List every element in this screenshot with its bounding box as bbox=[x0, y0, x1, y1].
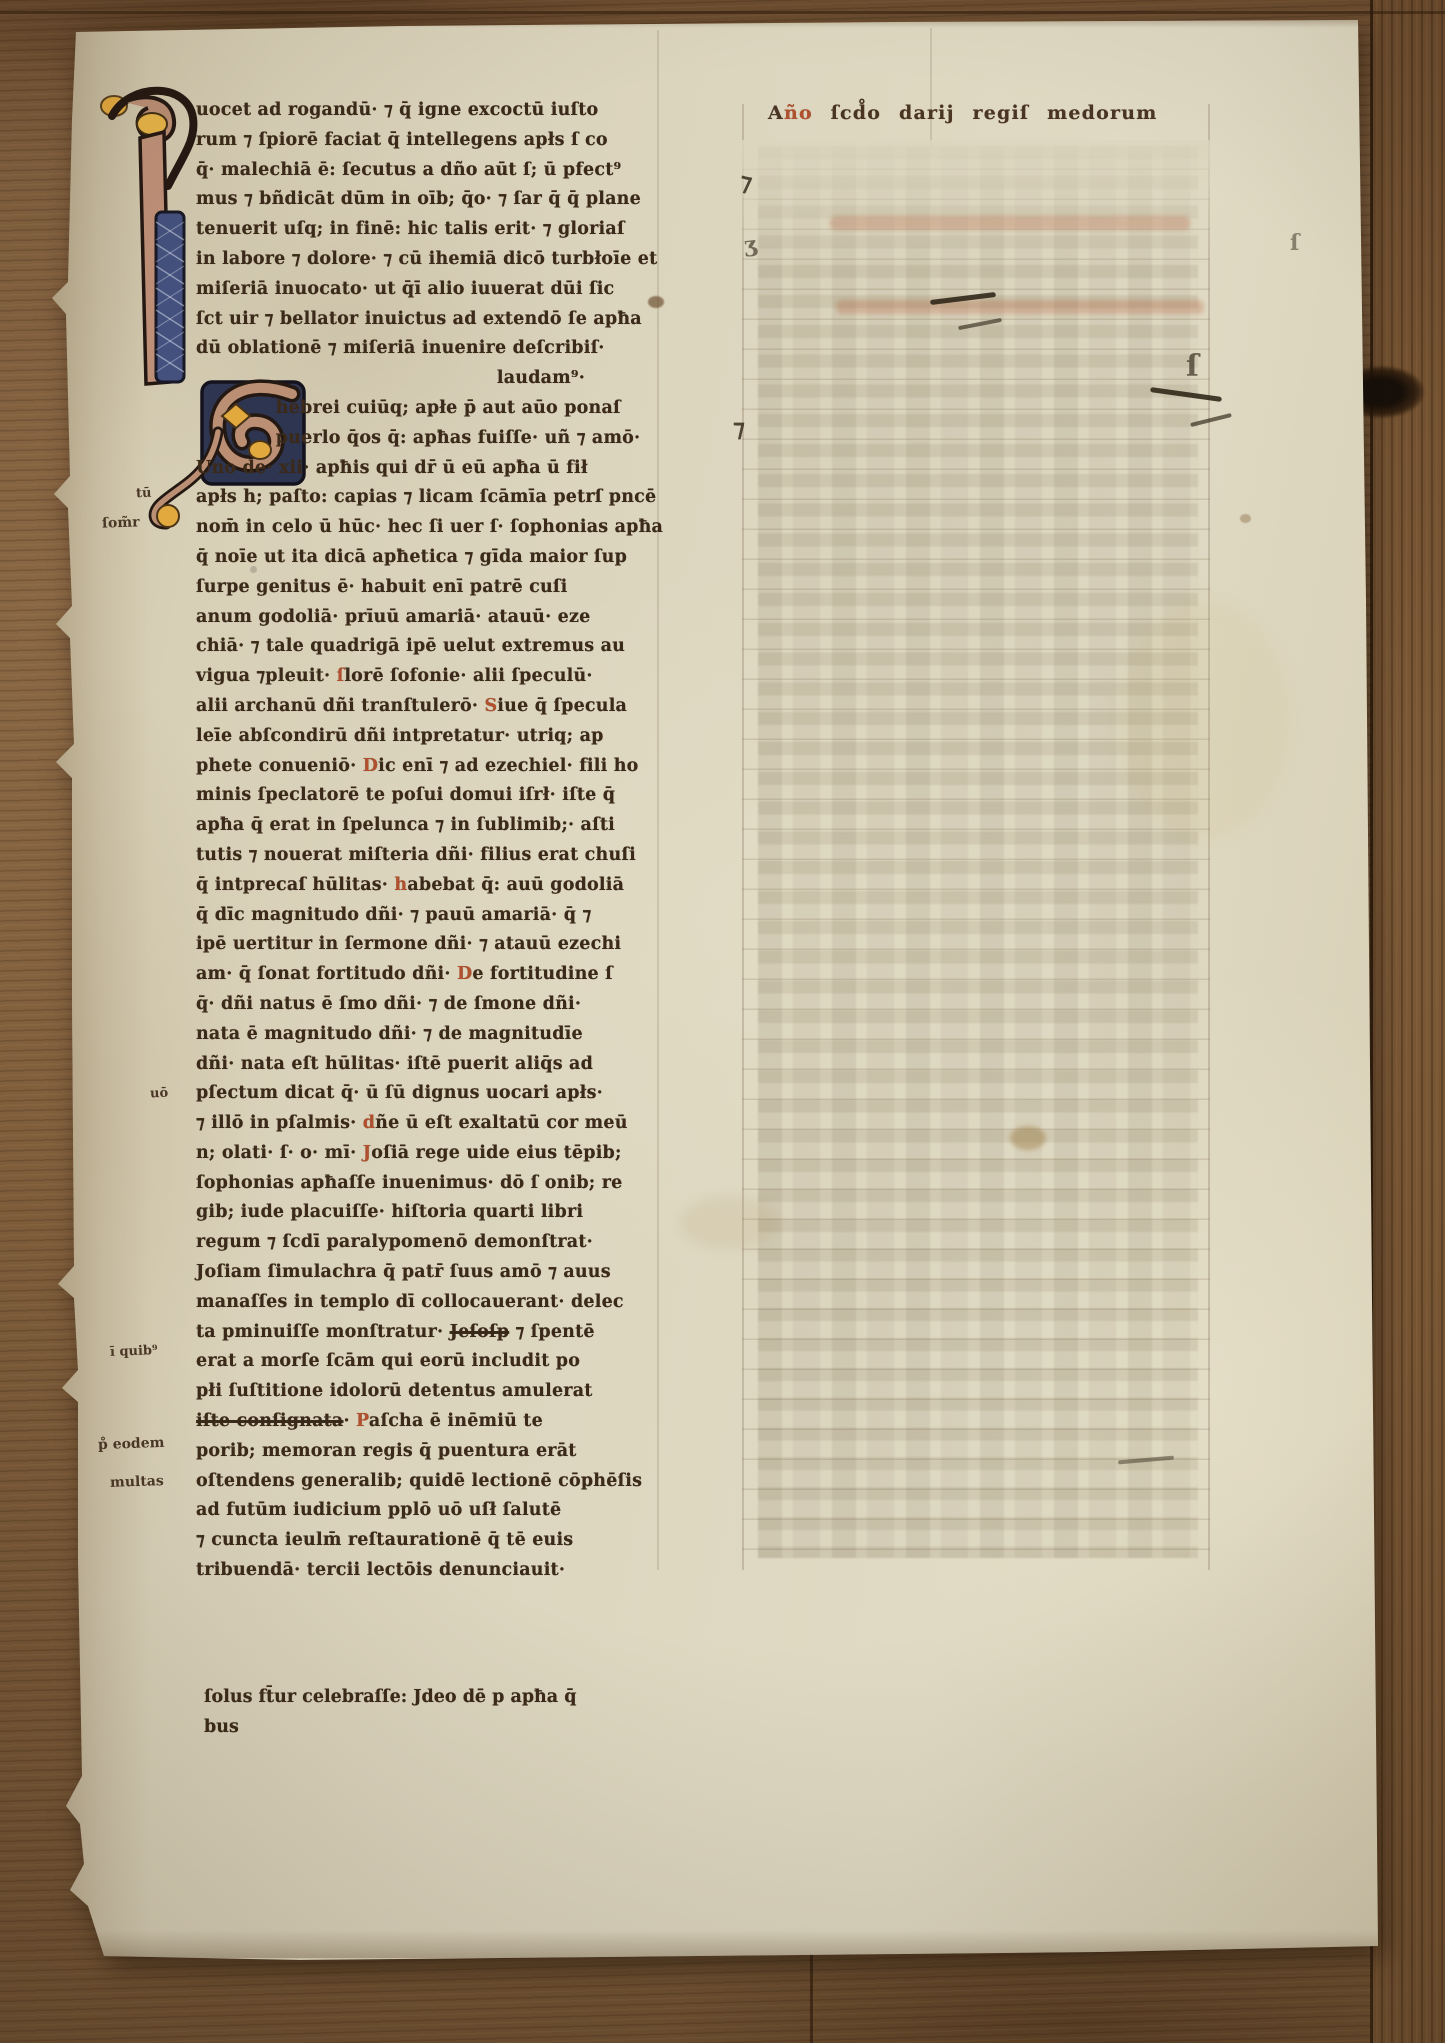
leaf-edge-shading bbox=[80, 1930, 1380, 1958]
text-line: q̄ intprecaſ hūlitas· habebat q̄: auū go… bbox=[196, 871, 736, 901]
text-line: pſectum dicat q̄· ū ſū dignus uocari apł… bbox=[196, 1079, 736, 1109]
stain bbox=[1120, 600, 1290, 840]
text-line: miſeriā inuocato· ut q̄ī alio iuuerat dū… bbox=[196, 275, 736, 305]
text-line: ipē uertitur in ſermone dñi· ⁊ atauū eze… bbox=[196, 930, 736, 960]
text-line: rum ⁊ ſpiorē faciat q̄ intellegens apłs … bbox=[196, 126, 736, 156]
margin-note: p̊ eodem bbox=[98, 1435, 165, 1453]
margin-note: multas bbox=[110, 1473, 164, 1491]
leaf-edge-shading bbox=[70, 18, 1370, 28]
margin-note: ſom̃r bbox=[102, 514, 140, 531]
text-line: leīe abſcondirū dñi intpretatur· utriq; … bbox=[196, 722, 736, 752]
manuscript-photo: ⁊ ʒ ⁊ ſ ſ Año ſcd̊o darij regiſ medorum bbox=[0, 0, 1445, 2043]
text-line: apłs h; paſto: capias ⁊ licam ſcāmīa pet… bbox=[196, 483, 736, 513]
text-line: ſurpe genitus ē· habuit enī patrē cuſi bbox=[196, 573, 736, 603]
text-line: mus ⁊ bñdicāt dūm in oīb; q̄o· ⁊ ſar q̄ … bbox=[196, 185, 736, 215]
text-line: anum godoliā· prīuū amariā· atauū· eze bbox=[196, 603, 736, 633]
text-line: regum ⁊ ſcdī paralypomenō demonſtrat· bbox=[196, 1228, 736, 1258]
text-line: phete conueniō· Dic enī ⁊ ad ezechiel· f… bbox=[196, 752, 736, 782]
pen-trial-mark: ʒ bbox=[743, 233, 758, 256]
stain bbox=[1010, 1126, 1046, 1150]
text-line: hebrei cuiūq; apłe p̄ aut aūo ponaſ bbox=[196, 394, 736, 424]
margin-note: ī quib⁹ bbox=[110, 1343, 158, 1360]
text-line: vigua ⁊pleuit· ſlorē ſofonie· alii ſpecu… bbox=[196, 662, 736, 692]
margin-note: tū bbox=[136, 486, 152, 502]
text-line: chiā· ⁊ tale quadrigā ipē uelut extremus… bbox=[196, 632, 736, 662]
text-line: q̄· malechiā ē: ſecutus a dño aūt ſ; ū p… bbox=[196, 156, 736, 186]
catchword: ſolus ft̄ur celebraſſe: Jdeo dē p apħa q… bbox=[204, 1682, 576, 1742]
text-line: erat a morſe ſcām qui eorū includit po bbox=[196, 1347, 736, 1377]
red-ink-smudge bbox=[830, 216, 1190, 230]
text-line: dñi· nata eſt hūlitas· iſtē puerit aliq̄… bbox=[196, 1050, 736, 1080]
text-line: dū oblationē ⁊ miſeriā inuenire deſcribi… bbox=[196, 334, 736, 364]
text-line: nata ē magnitudo dñi· ⁊ de magnitudīe bbox=[196, 1020, 736, 1050]
text-line: ⁊ illō in pſalmis· dñe ū eſt exaltatū co… bbox=[196, 1109, 736, 1139]
text-line: iſte conſignata· Paſcha ē inēmiū te bbox=[196, 1407, 736, 1437]
pen-trial-mark: ſ bbox=[1290, 232, 1299, 254]
catchword-line: ſolus ft̄ur celebraſſe: Jdeo dē p apħa q… bbox=[204, 1682, 576, 1712]
text-line: uocet ad rogandū· ⁊ q̄ igne excoctū iuſt… bbox=[196, 96, 736, 126]
stain bbox=[1396, 414, 1406, 422]
text-line: Joſiam ſimulachra q̄ patr̄ ſuus amō ⁊ au… bbox=[196, 1258, 736, 1288]
red-ink-smudge bbox=[836, 300, 1204, 314]
text-line: Uno de· xii· apħis qui dr̄ ū eū apħa ū f… bbox=[196, 454, 736, 484]
text-line: ſct uir ⁊ bellator inuictus ad extendō ſ… bbox=[196, 305, 736, 335]
bleed-through-text bbox=[758, 146, 1198, 1558]
text-line: q̄ noīe ut ita dicā apħetica ⁊ gīda maio… bbox=[196, 543, 736, 573]
text-line: manaſſes in templo dī collocauerant· del… bbox=[196, 1288, 736, 1318]
text-line: in labore ⁊ dolore· ⁊ cū ihemiā dicō tur… bbox=[196, 245, 736, 275]
parchment-leaf-wrap: ⁊ ʒ ⁊ ſ ſ Año ſcd̊o darij regiſ medorum bbox=[0, 0, 1445, 2043]
text-line: n; olati· ſ· o· mī· Joſiā rege uide eius… bbox=[196, 1139, 736, 1169]
running-header: Año ſcd̊o darij regiſ medorum bbox=[768, 102, 1158, 124]
text-line: laudam⁹· bbox=[196, 364, 736, 394]
text-line: ad futūm iudicium pplō uō uſł ſalutē bbox=[196, 1496, 736, 1526]
text-line: puerlo q̄os q̄: apħas fuiſſe· uñ ⁊ amō· bbox=[196, 424, 736, 454]
text-line: oſtendens generalib; quidē lectionē cōph… bbox=[196, 1467, 736, 1497]
stain bbox=[1240, 514, 1251, 523]
parchment-leaf: ⁊ ʒ ⁊ ſ ſ Año ſcd̊o darij regiſ medorum bbox=[0, 0, 1445, 2043]
text-line: am· q̄ ſonat fortitudo dñi· De fortitudi… bbox=[196, 960, 736, 990]
margin-note: uō bbox=[150, 1086, 169, 1102]
text-line: tutis ⁊ nouerat miſteria dñi· filius era… bbox=[196, 841, 736, 871]
bleed-through-fade bbox=[742, 140, 1210, 270]
text-line: apħa q̄ erat in ſpelunca ⁊ in ſublimib;·… bbox=[196, 811, 736, 841]
text-line: nom̄ in celo ū hūc· hec ſi uer ſ· ſophon… bbox=[196, 513, 736, 543]
ruling-line-vertical bbox=[930, 28, 932, 146]
text-line: minis ſpeclatorē te poſui domui iſrł· iſ… bbox=[196, 781, 736, 811]
pen-trial-mark: ſ bbox=[1186, 352, 1199, 382]
catchword-line: bus bbox=[204, 1712, 576, 1742]
text-line: q̄ dīc magnitudo dñi· ⁊ pauū amariā· q̄ … bbox=[196, 901, 736, 931]
text-line: ta pminuiſſe monſtratur· Jeſoſp ⁊ ſpentē bbox=[196, 1318, 736, 1348]
text-line: tribuendā· tercii lectōis denunciauit· bbox=[196, 1556, 736, 1586]
text-line: płi ſuſtitione idolorū detentus amulerat bbox=[196, 1377, 736, 1407]
text-line: q̄· dñi natus ē ſmo dñi· ⁊ de ſmone dñi· bbox=[196, 990, 736, 1020]
text-line: ſophonias apħaſſe inuenimus· dō ſ onib; … bbox=[196, 1169, 736, 1199]
text-line: porib; memoran regis q̄ puentura erāt bbox=[196, 1437, 736, 1467]
text-line: alii archanū dñi tranſtulerō· Siue q̄ ſp… bbox=[196, 692, 736, 722]
text-line: tenuerit uſq; in finē: hic talis erit· ⁊… bbox=[196, 215, 736, 245]
text-line: ⁊ cuncta ieulm̄ reſtaurationē q̄ tē euis bbox=[196, 1526, 736, 1556]
main-text-column: uocet ad rogandū· ⁊ q̄ igne excoctū iuſt… bbox=[196, 96, 736, 1586]
text-line: gib; iude placuiſſe· hiſtoria quarti lib… bbox=[196, 1198, 736, 1228]
